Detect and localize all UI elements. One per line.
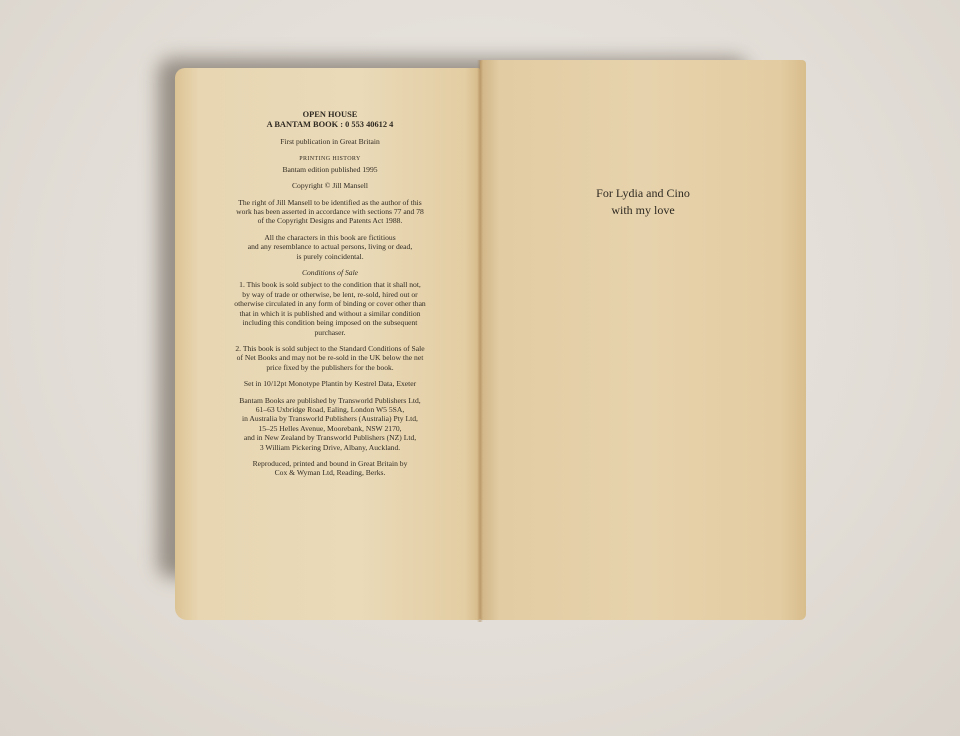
dedication-line-2: with my love	[611, 203, 674, 217]
text-line: that in which it is published and withou…	[240, 309, 421, 318]
edition-line: Bantam edition published 1995	[282, 165, 377, 174]
typesetting-credit: Set in 10/12pt Monotype Plantin by Kestr…	[205, 379, 455, 388]
text-line: 61–63 Uxbridge Road, Ealing, London W5 5…	[256, 405, 405, 414]
text-line: work has been asserted in accordance wit…	[236, 207, 424, 216]
book-spine-gutter	[477, 60, 483, 622]
book-title: OPEN HOUSE	[303, 110, 358, 119]
moral-rights-notice: The right of Jill Mansell to be identifi…	[205, 198, 455, 226]
text-line: and any resemblance to actual persons, l…	[248, 242, 412, 251]
text-line: 1. This book is sold subject to the cond…	[239, 280, 421, 289]
first-publication: First publication in Great Britain	[205, 137, 455, 146]
text-line: 3 William Pickering Drive, Albany, Auckl…	[260, 443, 400, 452]
dedication-line-1: For Lydia and Cino	[596, 186, 690, 200]
text-line: in Australia by Transworld Publishers (A…	[242, 414, 418, 423]
dedication-text: For Lydia and Cino with my love	[480, 185, 806, 219]
text-line: price fixed by the publishers for the bo…	[266, 363, 393, 372]
condition-2: 2. This book is sold subject to the Stan…	[205, 344, 455, 372]
imprint-text-block: OPEN HOUSE A BANTAM BOOK : 0 553 40612 4…	[205, 110, 455, 485]
open-book: OPEN HOUSE A BANTAM BOOK : 0 553 40612 4…	[175, 60, 807, 622]
text-line: 15–25 Helles Avenue, Moorebank, NSW 2170…	[258, 424, 401, 433]
text-line: purchaser.	[315, 328, 346, 337]
text-line: Cox & Wyman Ltd, Reading, Berks.	[275, 468, 386, 477]
condition-1: 1. This book is sold subject to the cond…	[205, 280, 455, 336]
left-page-imprint: OPEN HOUSE A BANTAM BOOK : 0 553 40612 4…	[175, 68, 480, 620]
text-line: The right of Jill Mansell to be identifi…	[238, 198, 421, 207]
text-line: is purely coincidental.	[296, 252, 363, 261]
text-line: of Net Books and may not be re-sold in t…	[237, 353, 424, 362]
text-line: by way of trade or otherwise, be lent, r…	[242, 290, 417, 299]
publisher-isbn-line: A BANTAM BOOK : 0 553 40612 4	[267, 120, 394, 129]
publisher-addresses: Bantam Books are published by Transworld…	[205, 396, 455, 452]
copyright-line: Copyright © Jill Mansell	[205, 181, 455, 190]
text-line: 2. This book is sold subject to the Stan…	[235, 344, 424, 353]
text-line: including this condition being imposed o…	[243, 318, 418, 327]
text-line: of the Copyright Designs and Patents Act…	[258, 216, 403, 225]
printer-credit: Reproduced, printed and bound in Great B…	[205, 459, 455, 478]
text-line: otherwise circulated in any form of bind…	[234, 299, 425, 308]
text-line: and in New Zealand by Transworld Publish…	[244, 433, 416, 442]
printing-history-label: PRINTING HISTORY	[299, 156, 360, 162]
conditions-heading: Conditions of Sale	[205, 268, 455, 277]
fiction-notice: All the characters in this book are fict…	[205, 233, 455, 261]
text-line: Bantam Books are published by Transworld…	[239, 396, 420, 405]
right-page-dedication	[480, 60, 806, 620]
text-line: Reproduced, printed and bound in Great B…	[253, 459, 408, 468]
text-line: All the characters in this book are fict…	[264, 233, 395, 242]
